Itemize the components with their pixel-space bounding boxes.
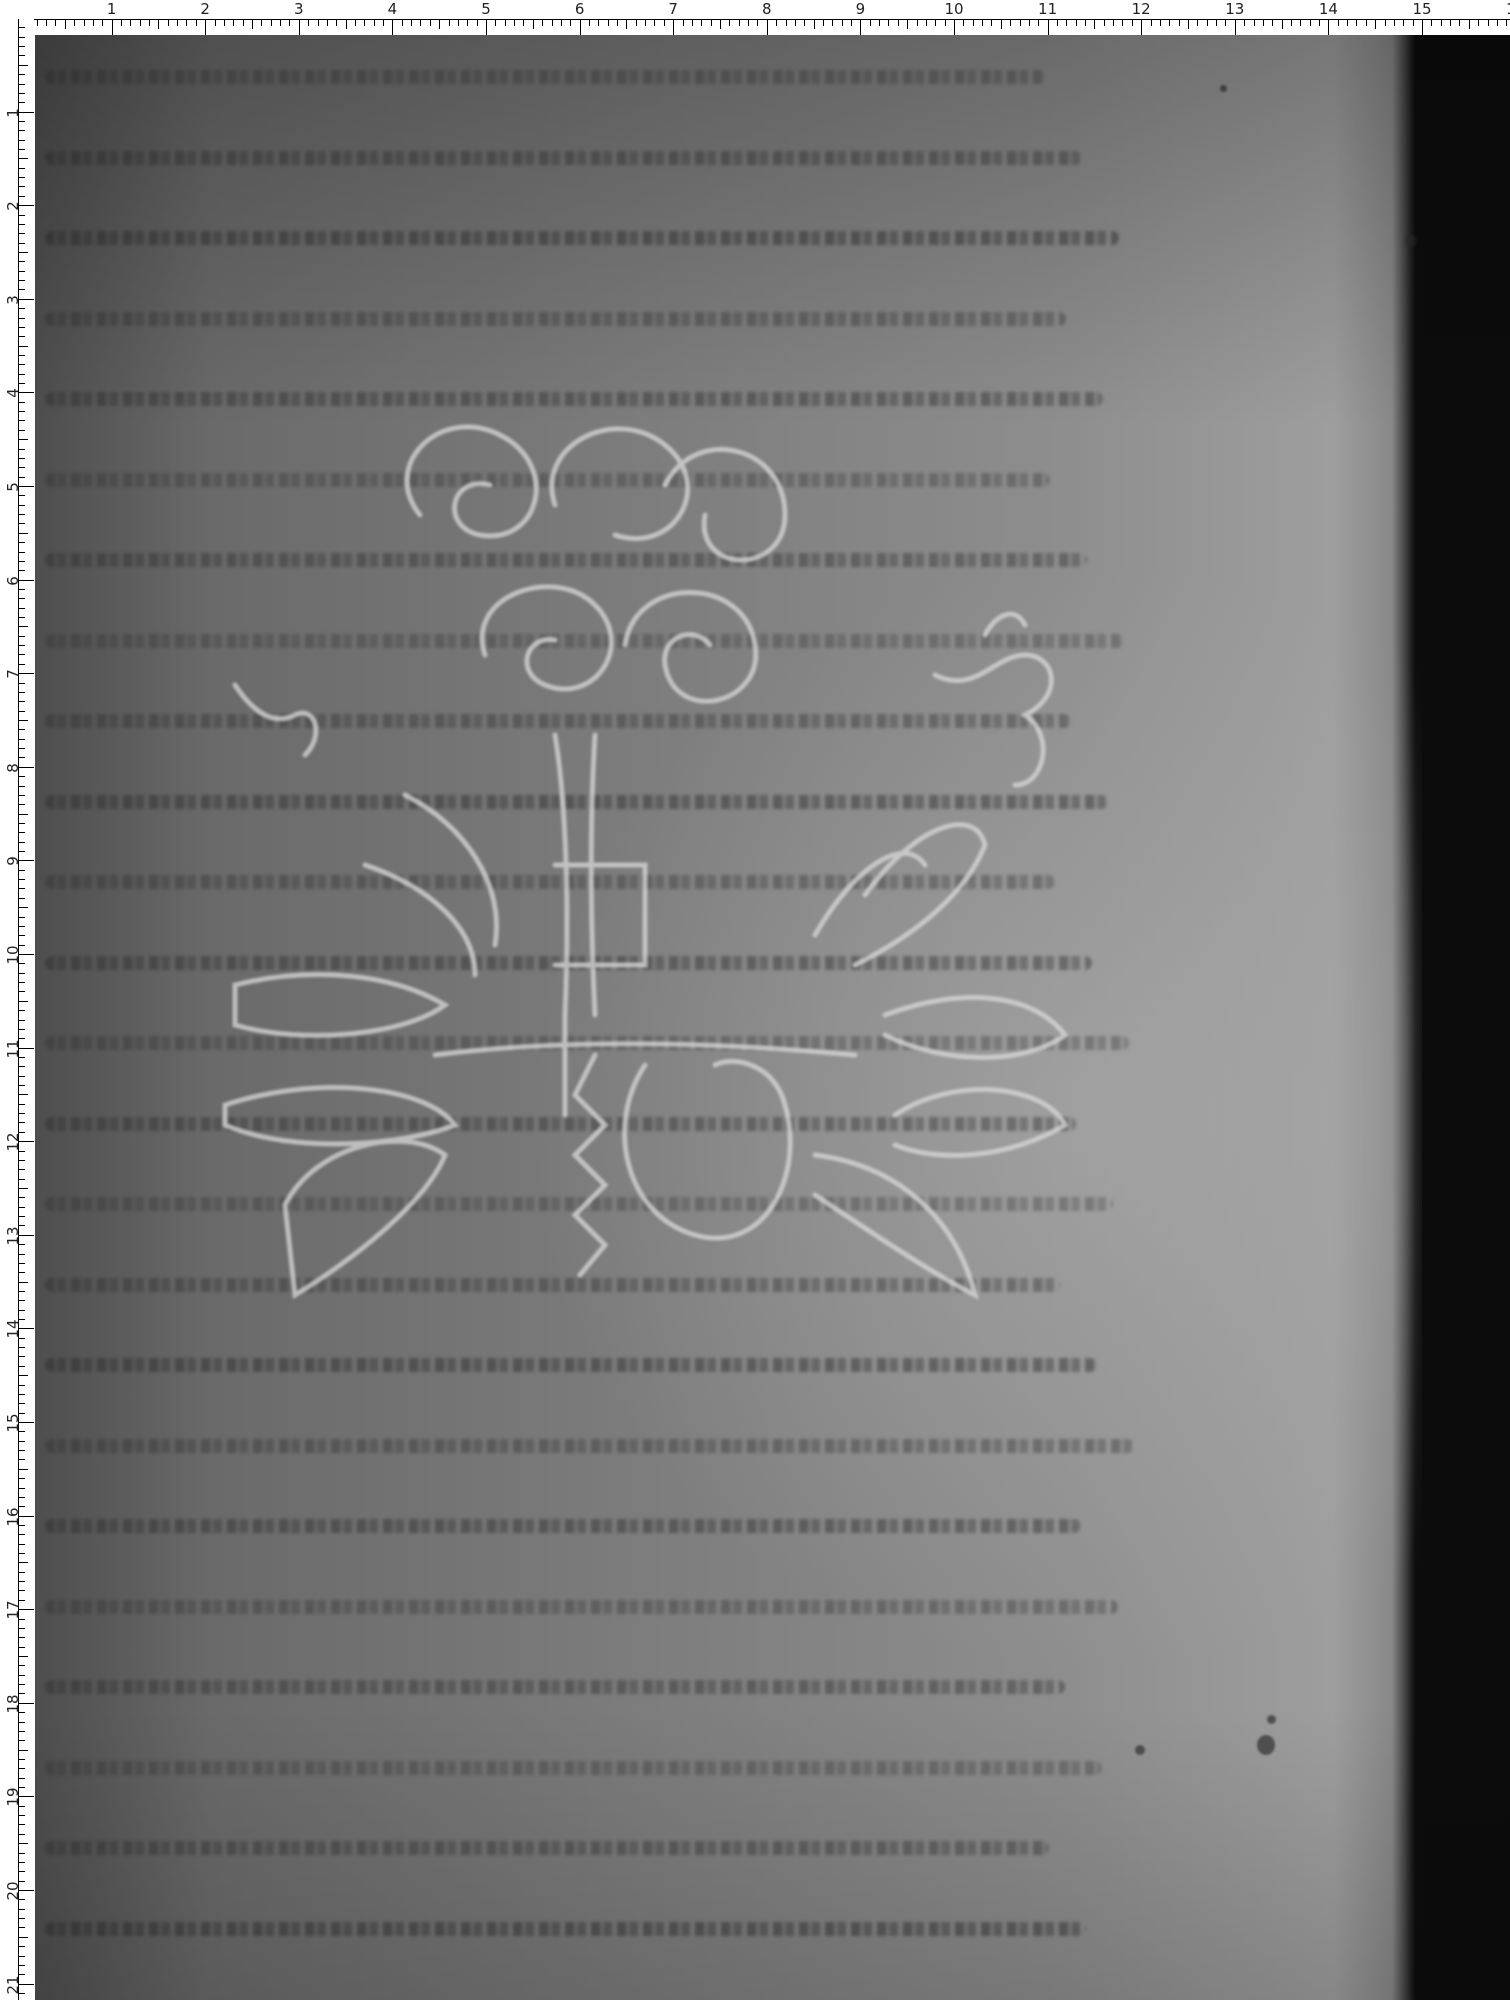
ruler-tick — [842, 19, 843, 26]
ruler-tick — [18, 505, 25, 506]
scan-vignette — [35, 35, 1510, 2000]
ruler-tick — [1197, 19, 1198, 26]
ruler-tick — [18, 1834, 25, 1835]
ruler-tick — [1179, 19, 1180, 26]
ruler-tick — [1478, 19, 1479, 26]
ruler-label: 12 — [4, 1130, 22, 1154]
ruler-tick — [1263, 19, 1264, 26]
ruler-tick — [149, 19, 150, 26]
ruler-tick — [18, 907, 28, 908]
ruler-tick — [18, 701, 25, 702]
ruler-tick — [18, 1001, 28, 1002]
ruler-tick — [18, 1488, 25, 1489]
ruler-tick — [1020, 19, 1021, 26]
ruler-tick — [18, 243, 25, 244]
ruler-tick — [1450, 19, 1451, 26]
ruler-tick — [374, 19, 375, 26]
ruler-label: 14 — [1319, 0, 1338, 18]
ruler-tick — [1169, 19, 1170, 26]
ruler-label: 20 — [4, 1879, 22, 1903]
ruler-label: 15 — [4, 1411, 22, 1435]
ruler-label: 9 — [4, 849, 22, 873]
ruler-tick — [65, 19, 66, 29]
ruler-label: 5 — [4, 475, 22, 499]
ruler-tick — [18, 598, 25, 599]
ruler-label: 8 — [4, 756, 22, 780]
ruler-tick — [18, 1918, 25, 1919]
ruler-tick — [1422, 19, 1423, 35]
ruler-tick — [18, 1188, 28, 1189]
ruler-tick — [46, 19, 47, 26]
ruler-tick — [430, 19, 431, 26]
ruler-tick — [18, 1843, 28, 1844]
ruler-tick — [18, 1965, 25, 1966]
ruler-tick — [561, 19, 562, 26]
ruler-tick — [18, 917, 25, 918]
ruler-tick — [18, 739, 25, 740]
ruler-tick — [654, 19, 655, 26]
ruler-tick — [112, 19, 113, 35]
ruler-tick — [18, 654, 25, 655]
ruler-tick — [711, 19, 712, 26]
ruler-tick — [505, 19, 506, 26]
ruler-tick — [18, 37, 25, 38]
ruler-label: 11 — [1038, 0, 1057, 18]
ruler-tick — [786, 19, 787, 26]
ruler-tick — [1310, 19, 1311, 26]
ruler-label: 14 — [4, 1317, 22, 1341]
ruler-tick — [18, 1469, 28, 1470]
ruler-tick — [1338, 19, 1339, 26]
ruler-tick — [18, 692, 25, 693]
ruler-tick — [18, 1572, 25, 1573]
ruler-tick — [1160, 19, 1161, 26]
ruler-tick — [739, 19, 740, 26]
ruler-tick — [1385, 19, 1386, 26]
ruler-tick — [1375, 19, 1376, 29]
ruler-tick — [18, 411, 25, 412]
ruler-tick — [18, 1356, 25, 1357]
ruler-tick — [458, 19, 459, 26]
ruler-tick — [18, 140, 25, 141]
ruler-tick — [1104, 19, 1105, 26]
ruler-tick — [1366, 19, 1367, 26]
ruler-tick — [18, 364, 25, 365]
ruler-tick — [18, 1946, 25, 1947]
ruler-tick — [617, 19, 618, 26]
ruler-tick — [18, 168, 25, 169]
ruler-tick — [18, 1581, 25, 1582]
ruler-label: 6 — [4, 569, 22, 593]
ruler-label: 13 — [4, 1224, 22, 1248]
ruler-tick — [1254, 19, 1255, 26]
ruler-tick — [1497, 19, 1498, 26]
ruler-tick — [18, 898, 25, 899]
ruler-tick — [851, 19, 852, 26]
ruler-tick — [580, 19, 581, 35]
ruler-tick — [1085, 19, 1086, 26]
ruler-tick — [18, 786, 25, 787]
ruler-tick — [18, 1927, 25, 1928]
ruler-tick — [18, 879, 25, 880]
ruler-tick — [18, 1909, 25, 1910]
ruler-label: 1 — [107, 0, 117, 18]
ruler-tick — [18, 982, 25, 983]
ruler-label: 7 — [668, 0, 678, 18]
ruler-tick — [102, 19, 103, 26]
ruler-tick — [411, 19, 412, 26]
ruler-tick — [720, 19, 721, 29]
ruler-tick — [18, 430, 25, 431]
ruler-tick — [402, 19, 403, 26]
ruler-tick — [18, 318, 25, 319]
ruler-tick — [18, 1665, 25, 1666]
ruler-tick — [18, 1366, 25, 1367]
ruler-tick — [18, 1282, 28, 1283]
ruler-label: 3 — [294, 0, 304, 18]
ruler-tick — [673, 19, 674, 35]
ruler-tick — [514, 19, 515, 26]
ruler-tick — [18, 1647, 25, 1648]
ruler-tick — [729, 19, 730, 26]
ruler-label: 1 — [4, 101, 22, 125]
ruler-label: 16 — [4, 1505, 22, 1529]
ruler-tick — [1431, 19, 1432, 26]
ruler-tick — [243, 19, 244, 26]
ruler-tick — [18, 1459, 25, 1460]
ruler-tick — [420, 19, 421, 26]
ruler-tick — [289, 19, 290, 26]
ruler-tick — [18, 542, 25, 543]
ruler-tick — [907, 19, 908, 29]
ruler-tick — [814, 19, 815, 29]
ruler-tick — [18, 617, 25, 618]
ruler-tick — [1413, 19, 1414, 26]
ruler-tick — [888, 19, 889, 26]
ruler-tick — [186, 19, 187, 26]
ruler-tick — [589, 19, 590, 26]
ruler-tick — [1272, 19, 1273, 26]
ruler-tick — [308, 19, 309, 26]
ruler-label: 10 — [4, 943, 22, 967]
ruler-tick — [355, 19, 356, 26]
ruler-tick — [18, 888, 25, 889]
ruler-tick — [757, 19, 758, 26]
ruler-tick — [392, 19, 393, 35]
ruler-tick — [18, 523, 25, 524]
ruler-tick — [130, 19, 131, 26]
ruler-tick — [18, 224, 25, 225]
ruler-tick — [18, 832, 25, 833]
ruler-tick — [1066, 19, 1067, 26]
ruler-tick — [973, 19, 974, 26]
ruler-tick — [18, 439, 28, 440]
ruler-tick — [18, 1478, 25, 1479]
ruler-tick — [1048, 19, 1049, 35]
ruler-label: 9 — [856, 0, 866, 18]
ruler-tick — [748, 19, 749, 26]
ruler-tick — [121, 19, 122, 26]
ruler-tick — [1207, 19, 1208, 26]
ruler-tick — [18, 261, 25, 262]
ruler-label: 18 — [4, 1692, 22, 1716]
ruler-tick — [1356, 19, 1357, 26]
ruler-label: 10 — [944, 0, 963, 18]
ruler-tick — [327, 19, 328, 26]
ruler-tick — [93, 19, 94, 26]
ruler-tick — [18, 1394, 25, 1395]
ruler-tick — [776, 19, 777, 26]
ruler-tick — [1094, 19, 1095, 29]
ruler-tick — [1113, 19, 1114, 26]
ruler-tick — [18, 1684, 25, 1685]
ruler-tick — [18, 1291, 25, 1292]
vertical-ruler: 123456789101112131415161718192021 — [0, 0, 34, 2000]
ruler-tick — [18, 1937, 28, 1938]
ruler-tick — [18, 1815, 25, 1816]
ruler-tick — [1076, 19, 1077, 26]
ruler-tick — [1441, 19, 1442, 26]
ruler-tick — [18, 336, 25, 337]
ruler-tick — [18, 449, 25, 450]
ruler-tick — [224, 19, 225, 26]
ruler-tick — [18, 1207, 25, 1208]
ruler-label: 13 — [1225, 0, 1244, 18]
ruler-tick — [18, 935, 25, 936]
ruler-tick — [252, 19, 253, 29]
ruler-tick — [177, 19, 178, 26]
ruler-tick — [18, 1441, 25, 1442]
ruler-label: 21 — [4, 1973, 22, 1997]
ruler-tick — [18, 1169, 25, 1170]
ruler-tick — [18, 1778, 25, 1779]
ruler-tick — [18, 561, 25, 562]
ruler-tick — [18, 458, 25, 459]
ruler-tick — [1488, 19, 1489, 26]
ruler-tick — [18, 1300, 25, 1301]
ruler-tick — [18, 1272, 25, 1273]
ruler-tick — [18, 1122, 25, 1123]
ruler-tick — [1291, 19, 1292, 26]
ruler-tick — [1506, 19, 1507, 26]
ruler-tick — [158, 19, 159, 29]
ruler-tick — [832, 19, 833, 26]
ruler-tick — [917, 19, 918, 26]
ruler-tick — [692, 19, 693, 26]
ruler-tick — [18, 1310, 25, 1311]
ruler-tick — [18, 1263, 25, 1264]
ruler-tick — [364, 19, 365, 26]
ruler-tick — [1225, 19, 1226, 26]
ruler-tick — [963, 19, 964, 26]
ruler-tick — [299, 19, 300, 35]
ruler-tick — [18, 55, 25, 56]
ruler-tick — [196, 19, 197, 26]
ruler-tick — [18, 533, 28, 534]
ruler-tick — [954, 19, 955, 35]
ruler-tick — [18, 1544, 25, 1545]
ruler-tick — [18, 1722, 25, 1723]
ruler-tick — [336, 19, 337, 26]
ruler-tick — [1403, 19, 1404, 26]
ruler-tick — [18, 729, 25, 730]
ruler-tick — [18, 1497, 25, 1498]
ruler-tick — [18, 1403, 25, 1404]
ruler-tick — [18, 1197, 25, 1198]
ruler-tick — [645, 19, 646, 26]
ruler-tick — [486, 19, 487, 35]
ruler-tick — [18, 991, 25, 992]
ruler-tick — [18, 804, 25, 805]
ruler-tick — [18, 814, 28, 815]
ruler-tick — [18, 27, 25, 28]
ruler-label: 6 — [575, 0, 585, 18]
ruler-tick — [18, 186, 25, 187]
ruler-tick — [18, 65, 28, 66]
ruler-tick — [1300, 19, 1301, 26]
ruler-tick — [804, 19, 805, 26]
ruler-tick — [477, 19, 478, 26]
ruler-tick — [18, 1216, 25, 1217]
ruler-tick — [626, 19, 627, 29]
ruler-tick — [18, 842, 25, 843]
ruler-tick — [18, 1160, 25, 1161]
ruler-label: 3 — [4, 288, 22, 312]
ruler-tick — [18, 233, 25, 234]
ruler-tick — [467, 19, 468, 26]
ruler-tick — [1122, 19, 1123, 26]
ruler-tick — [926, 19, 927, 26]
ruler-tick — [18, 1871, 25, 1872]
ruler-tick — [1347, 19, 1348, 26]
ruler-tick — [945, 19, 946, 26]
ruler-tick — [18, 1113, 25, 1114]
ruler-label: 15 — [1412, 0, 1431, 18]
ruler-tick — [18, 1637, 25, 1638]
ruler-tick — [495, 19, 496, 26]
ruler-tick — [18, 1956, 25, 1957]
ruler-tick — [140, 19, 141, 26]
ruler-label: 4 — [388, 0, 398, 18]
ruler-tick — [280, 19, 281, 26]
ruler-tick — [18, 645, 25, 646]
ruler-tick — [18, 271, 25, 272]
ruler-tick — [346, 19, 347, 29]
ruler-tick — [18, 1750, 28, 1751]
ruler-tick — [18, 1740, 25, 1741]
ruler-label: 8 — [762, 0, 772, 18]
ruler-tick — [449, 19, 450, 26]
ruler-tick — [1328, 19, 1329, 35]
ruler-tick — [18, 1675, 25, 1676]
ruler-tick — [18, 711, 25, 712]
ruler-tick — [18, 346, 28, 347]
ruler-tick — [1216, 19, 1217, 26]
ruler-tick — [18, 420, 25, 421]
ruler-tick — [18, 514, 25, 515]
ruler-tick — [18, 1375, 28, 1376]
ruler-tick — [1188, 19, 1189, 29]
ruler-tick — [1244, 19, 1245, 26]
ruler-tick — [1459, 19, 1460, 26]
ruler-tick — [18, 1029, 25, 1030]
ruler-tick — [37, 19, 38, 26]
ruler-tick — [1469, 19, 1470, 29]
ruler-tick — [18, 1862, 25, 1863]
ruler-tick — [18, 1450, 25, 1451]
ruler-tick — [982, 19, 983, 26]
ruler-tick — [523, 19, 524, 26]
ruler-tick — [664, 19, 665, 26]
ruler-tick — [18, 720, 28, 721]
ruler-tick — [683, 19, 684, 26]
ruler-tick — [608, 19, 609, 26]
ruler-tick — [1235, 19, 1236, 35]
ruler-tick — [598, 19, 599, 26]
ruler-tick — [18, 1628, 25, 1629]
ruler-tick — [18, 252, 28, 253]
ruler-label: 12 — [1132, 0, 1151, 18]
ruler-tick — [18, 130, 25, 131]
ruler-tick — [55, 19, 56, 26]
ruler-tick — [18, 973, 25, 974]
ruler-tick — [701, 19, 702, 26]
ruler-tick — [1010, 19, 1011, 26]
ruler-label: 4 — [4, 381, 22, 405]
ruler-tick — [18, 823, 25, 824]
ruler-tick — [18, 926, 25, 927]
ruler-tick — [18, 1010, 25, 1011]
ruler-tick — [18, 1094, 28, 1095]
ruler-tick — [1001, 19, 1002, 29]
ruler-tick — [18, 177, 25, 178]
ruler-tick — [18, 1562, 28, 1563]
ruler-tick — [935, 19, 936, 26]
ruler-tick — [767, 19, 768, 35]
ruler-tick — [1029, 19, 1030, 26]
ruler-tick — [1394, 19, 1395, 26]
ruler-label: 19 — [4, 1785, 22, 1809]
ruler-tick — [795, 19, 796, 26]
ruler-tick — [18, 1020, 25, 1021]
ruler-tick — [18, 1347, 25, 1348]
ruler-tick — [18, 355, 25, 356]
ruler-tick — [18, 280, 25, 281]
ruler-tick — [18, 74, 25, 75]
ruler-tick — [1141, 19, 1142, 35]
ruler-tick — [636, 19, 637, 26]
ruler-tick — [18, 1768, 25, 1769]
ruler-label: 16 — [1506, 0, 1510, 18]
ruler-tick — [18, 608, 25, 609]
ruler-tick — [18, 158, 28, 159]
ruler-tick — [18, 748, 25, 749]
ruler-tick — [533, 19, 534, 29]
ruler-tick — [18, 1731, 25, 1732]
ruler-tick — [18, 374, 25, 375]
ruler-tick — [18, 1590, 25, 1591]
ruler-tick — [215, 19, 216, 26]
ruler-tick — [84, 19, 85, 26]
ruler-tick — [18, 1066, 25, 1067]
ruler-tick — [18, 1534, 25, 1535]
ruler-tick — [318, 19, 319, 26]
ruler-tick — [18, 1254, 25, 1255]
ruler-tick — [261, 19, 262, 26]
ruler-tick — [18, 626, 28, 627]
ruler-tick — [898, 19, 899, 26]
ruler-tick — [860, 19, 861, 35]
